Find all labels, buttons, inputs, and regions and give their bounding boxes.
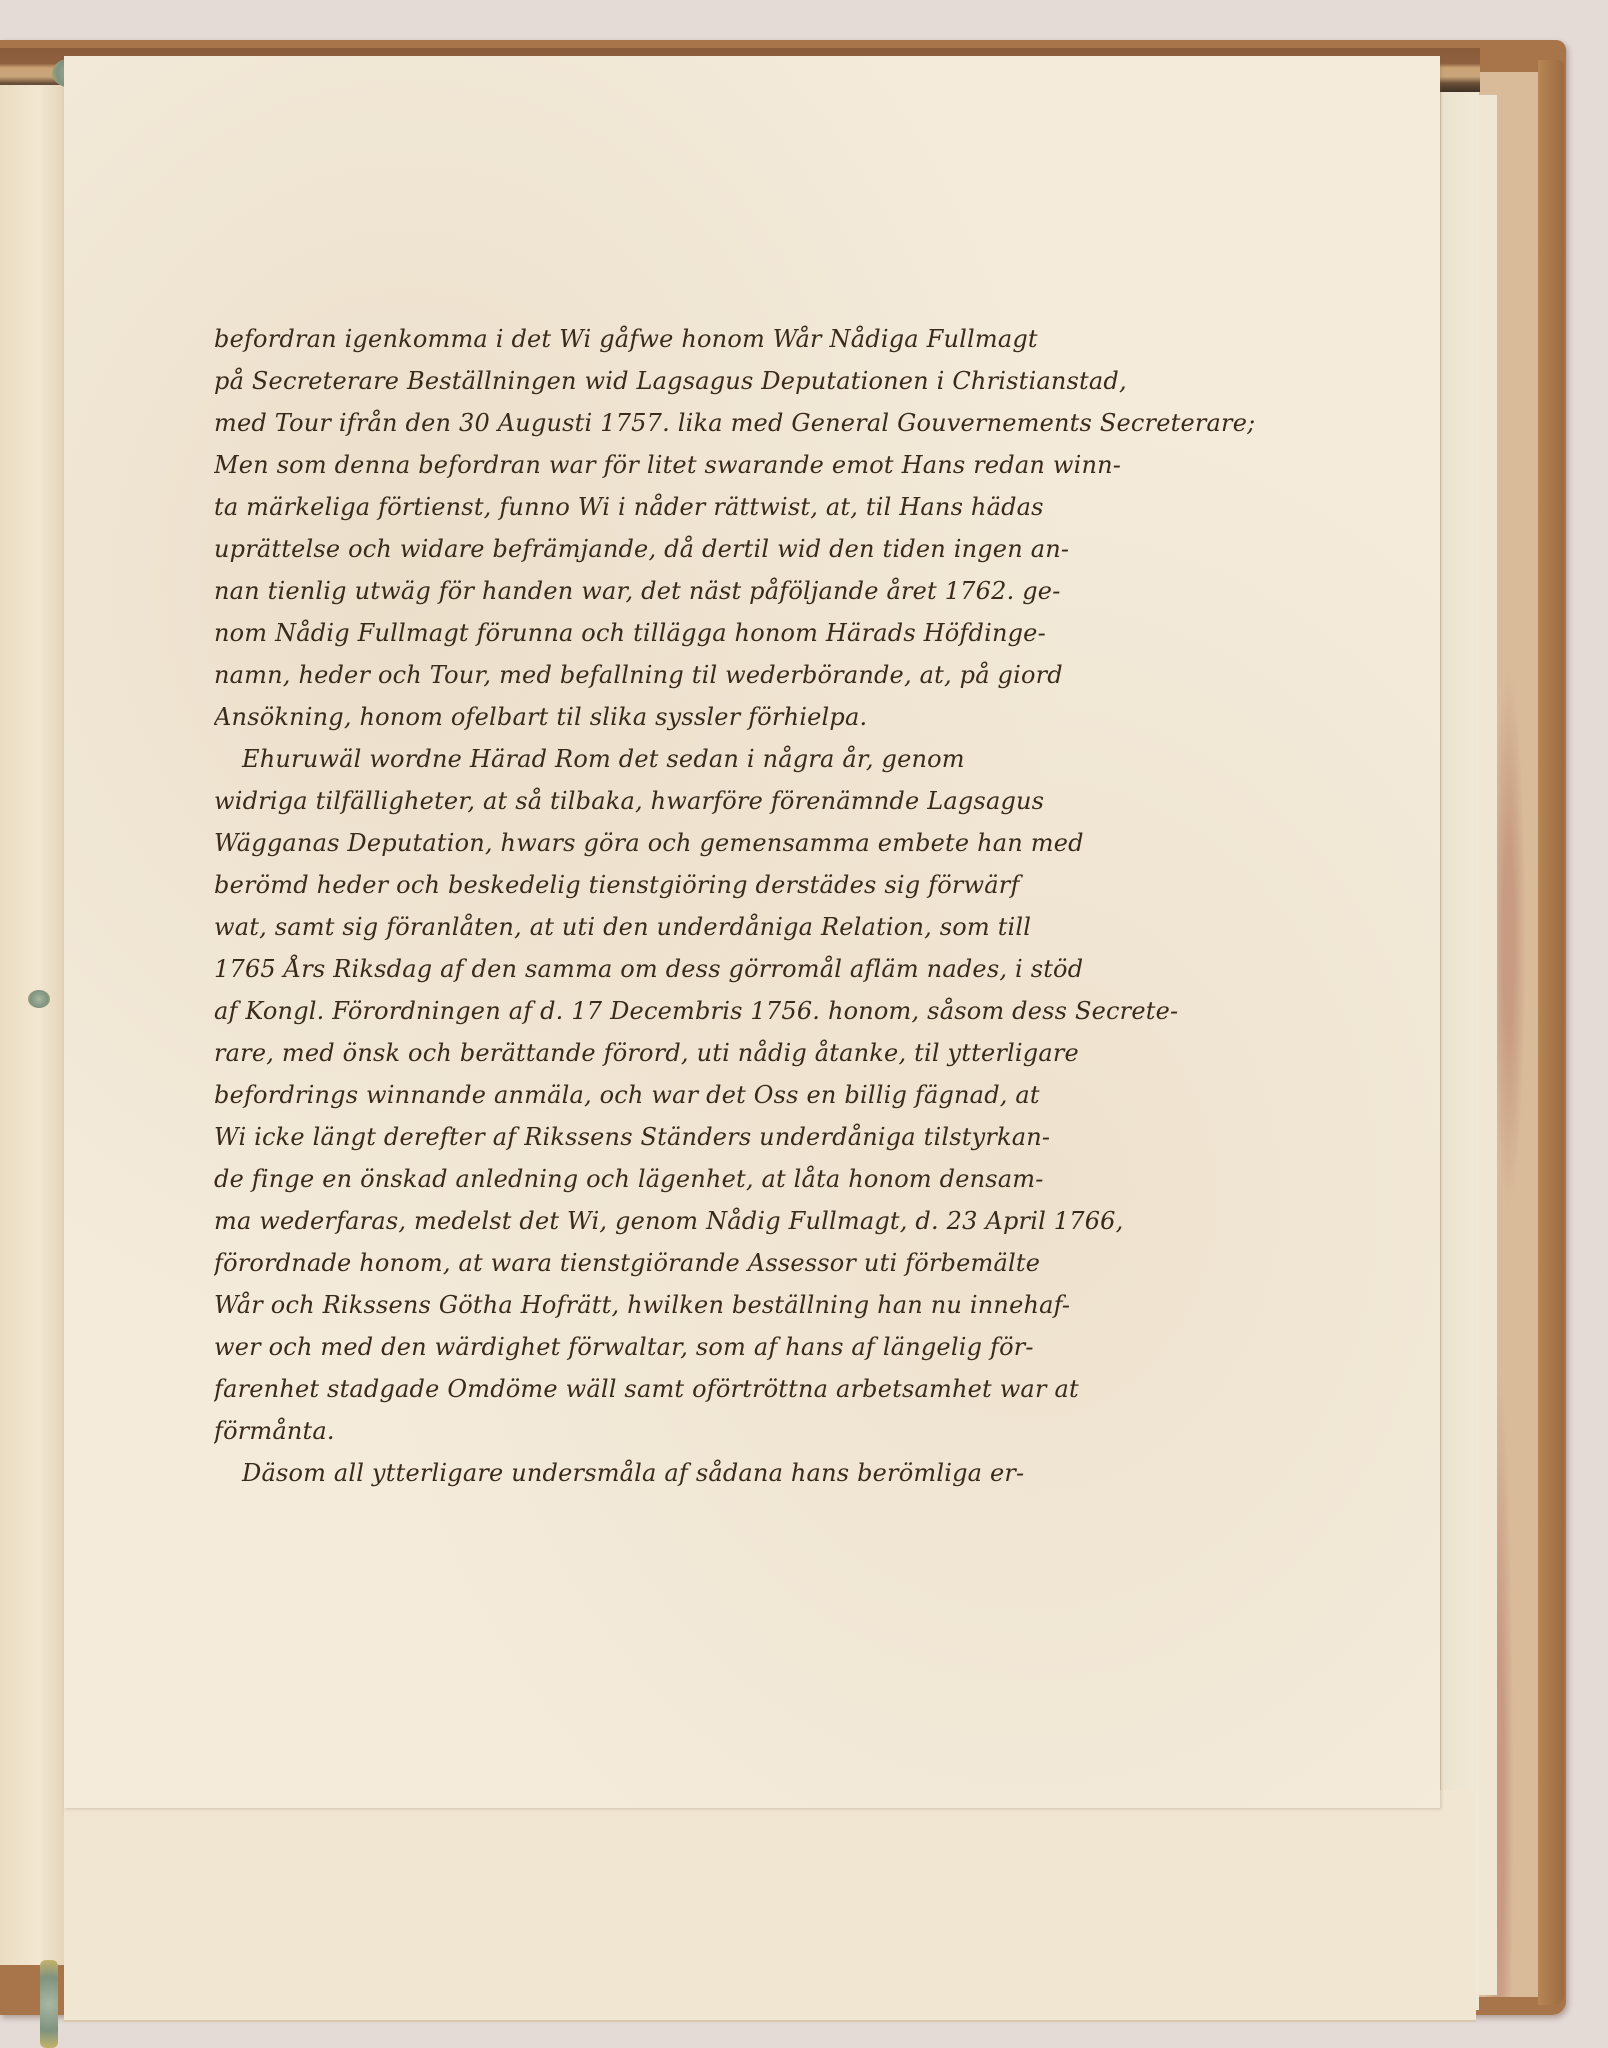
text-line: Wår och Rikssens Götha Hofrätt, hwilken … bbox=[214, 1284, 1344, 1326]
text-line: med Tour ifrån den 30 Augusti 1757. lika… bbox=[214, 402, 1344, 444]
text-line: ma wederfaras, medelst det Wi, genom Nåd… bbox=[214, 1200, 1344, 1242]
text-line: Ansökning, honom ofelbart til slika syss… bbox=[214, 696, 1344, 738]
text-line: nan tienlig utwäg för handen war, det nä… bbox=[214, 570, 1344, 612]
manuscript-text: befordran igenkomma i det Wi gåfwe honom… bbox=[214, 318, 1344, 1494]
text-line: wer och med den wärdighet förwaltar, som… bbox=[214, 1326, 1344, 1368]
text-line: wat, samt sig föranlåten, at uti den und… bbox=[214, 906, 1344, 948]
text-line: nom Nådig Fullmagt förunna och tillägga … bbox=[214, 612, 1344, 654]
text-line: Wägganas Deputation, hwars göra och geme… bbox=[214, 822, 1344, 864]
text-line: Däsom all ytterligare undersmåla af såda… bbox=[214, 1452, 1344, 1494]
text-line: Wi icke längt derefter af Rikssens Ständ… bbox=[214, 1116, 1344, 1158]
cover-edge bbox=[1538, 60, 1564, 2005]
binding-thread-knot-icon bbox=[28, 990, 50, 1008]
text-line: widriga tilfälligheter, at så tilbaka, h… bbox=[214, 780, 1344, 822]
bookmark-ribbon-icon bbox=[40, 1960, 58, 2048]
text-line: förmånta. bbox=[214, 1410, 1344, 1452]
text-line: farenhet stadgade Omdöme wäll samt ofört… bbox=[214, 1368, 1344, 1410]
underlying-sheet-bottom bbox=[64, 1790, 1476, 2022]
underlying-sheet bbox=[1440, 80, 1479, 2010]
text-line: uprättelse och widare befrämjande, då de… bbox=[214, 528, 1344, 570]
text-line: ta märkeliga förtienst, funno Wi i nåder… bbox=[214, 486, 1344, 528]
text-line: namn, heder och Tour, med befallning til… bbox=[214, 654, 1344, 696]
text-line: af Kongl. Förordningen af d. 17 Decembri… bbox=[214, 990, 1344, 1032]
text-line: 1765 Års Riksdag af den samma om dess gö… bbox=[214, 948, 1344, 990]
text-line: förordnade honom, at wara tienstgiörande… bbox=[214, 1242, 1344, 1284]
facing-page-edge bbox=[0, 85, 64, 1965]
text-line: på Secreterare Beställningen wid Lagsagu… bbox=[214, 360, 1344, 402]
manuscript-page: befordran igenkomma i det Wi gåfwe honom… bbox=[64, 56, 1440, 1808]
underlying-sheet bbox=[1478, 95, 1497, 1995]
text-line: befordrings winnande anmäla, och war det… bbox=[214, 1074, 1344, 1116]
text-line: Men som denna befordran war för litet sw… bbox=[214, 444, 1344, 486]
text-line: de finge en önskad anledning och lägenhe… bbox=[214, 1158, 1344, 1200]
text-line: befordran igenkomma i det Wi gåfwe honom… bbox=[214, 318, 1344, 360]
text-line: berömd heder och beskedelig tienstgiörin… bbox=[214, 864, 1344, 906]
text-line: rare, med önsk och berättande förord, ut… bbox=[214, 1032, 1344, 1074]
text-line: Ehuruwäl wordne Härad Rom det sedan i nå… bbox=[214, 738, 1344, 780]
